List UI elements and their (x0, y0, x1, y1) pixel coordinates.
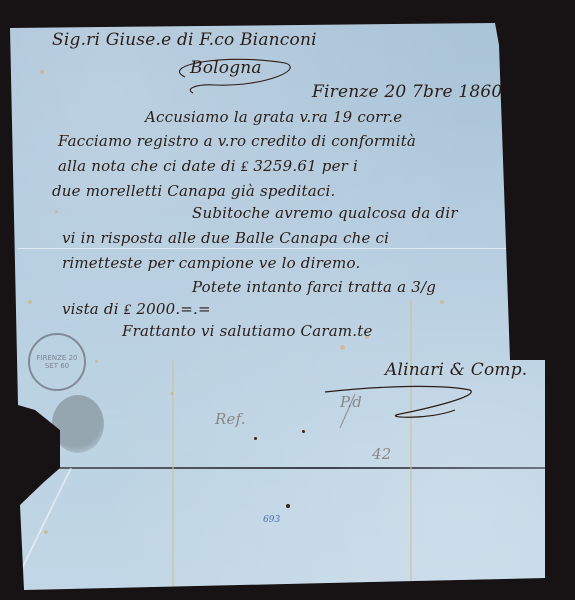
foxing-spot (170, 392, 173, 395)
body-line-9: vista di ₤ 2000.=.= (62, 300, 211, 319)
body-line-2: Facciamo registro a v.ro credito di conf… (58, 132, 416, 150)
signature: Alinari & Comp. (385, 360, 527, 380)
body-line-3: alla nota che ci date di ₤ 3259.61 per i (58, 157, 358, 176)
paper-crease (8, 468, 72, 596)
closing-line: Frattanto vi salutiamo Caram.te (122, 322, 373, 340)
addressee-line-1: Sig.ri Giuse.e di F.co Bianconi (52, 30, 317, 50)
letter-scan: FIRENZE 20 SET 60 Sig.ri Giuse.e di F.co… (0, 0, 575, 600)
fold-line-vertical-left (172, 360, 174, 595)
ink-dot (286, 504, 290, 508)
addressee-flourish (165, 55, 295, 95)
body-line-6: vi in risposta alle due Balle Canapa che… (62, 229, 389, 247)
letter-paper: FIRENZE 20 SET 60 Sig.ri Giuse.e di F.co… (0, 0, 575, 600)
ink-dot (254, 437, 257, 440)
fold-line-upper (18, 248, 546, 249)
body-line-8: Potete intanto farci tratta a 3/g (192, 278, 436, 296)
foxing-spot (28, 300, 32, 304)
faint-note-ref: Ref. (215, 410, 246, 428)
postmark-stamp: FIRENZE 20 SET 60 (28, 333, 86, 391)
foxing-spot (55, 210, 58, 213)
body-line-5: Subitoche avremo qualcosa da dir (192, 204, 458, 222)
foxing-spot (95, 360, 98, 363)
body-line-4: due morelletti Canapa già speditaci. (52, 182, 335, 200)
ink-dot (302, 430, 305, 433)
body-line-1: Accusiamo la grata v.ra 19 corr.e (145, 108, 402, 126)
foxing-spot (440, 300, 444, 304)
faint-note-number: 42 (372, 445, 392, 463)
fold-line-vertical-right (410, 300, 412, 590)
body-line-7: rimetteste per campione ve lo diremo. (62, 254, 360, 272)
faint-note-pd: P.d (340, 393, 362, 411)
foxing-spot (340, 345, 345, 350)
foxing-spot (44, 530, 48, 534)
pencil-note: 693 (263, 515, 280, 525)
foxing-spot (40, 70, 44, 74)
postmark-text: FIRENZE 20 SET 60 (30, 354, 84, 371)
fold-line-lower (55, 467, 575, 469)
wax-seal-residue (52, 395, 104, 453)
dateline: Firenze 20 7bre 1860 (312, 82, 502, 102)
